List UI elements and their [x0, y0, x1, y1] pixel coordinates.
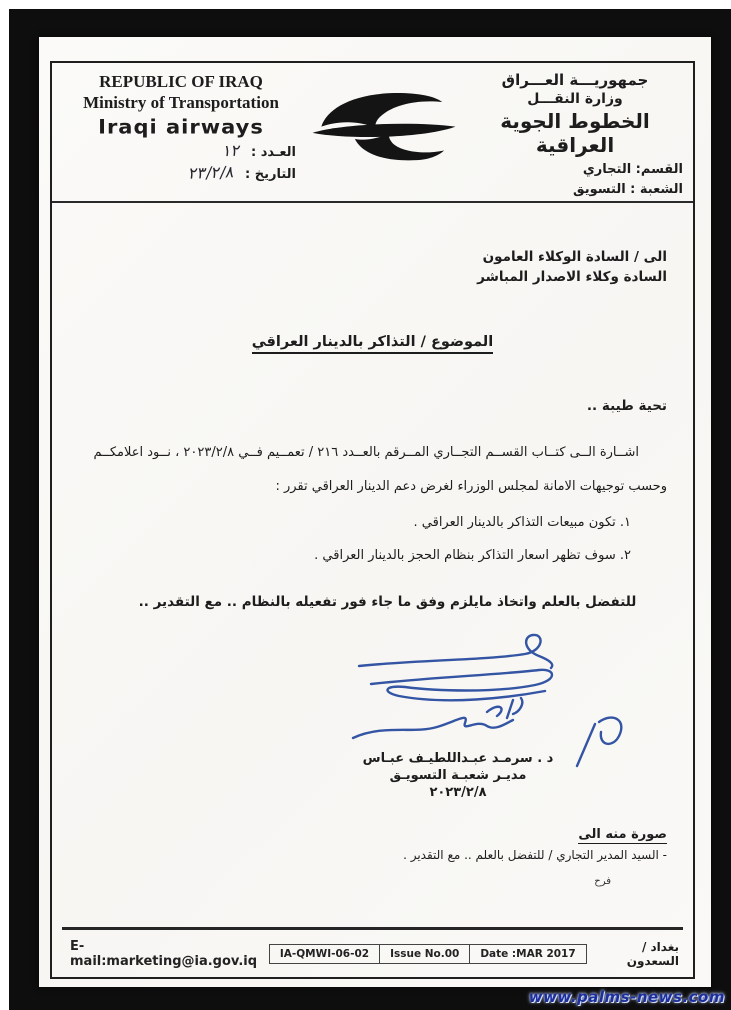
photo-dark-border: جمهوريـــة العـــراق وزارة النقـــل الخط… [9, 9, 731, 1010]
site-watermark: www.palms-news.com [529, 988, 725, 1006]
republic-of-iraq-arabic: جمهوريـــة العـــراق [467, 71, 683, 89]
cc-line: - السيد المدير التجاري / للتفضل بالعلم .… [78, 848, 667, 862]
cc-heading: صورة منه الى [578, 827, 667, 844]
letterhead-arabic: جمهوريـــة العـــراق وزارة النقـــل الخط… [467, 71, 683, 197]
signer-title: مديـر شعبـة التسويـق [353, 767, 563, 784]
ref-number-handwritten: ١٢ [216, 140, 248, 161]
cc-block: صورة منه الى - السيد المدير التجاري / لل… [78, 827, 667, 862]
recipients-block: الى / السادة الوكلاء العامون السادة وكلا… [78, 247, 667, 287]
ministry-of-transport-english: Ministry of Transportation [62, 92, 300, 113]
body-paragraph-line-1: اشــارة الــى كتــاب القســم التجــاري ا… [78, 436, 667, 470]
body-paragraph-line-2: وحسب توجيهات الامانة لمجلس الوزراء لغرض … [275, 479, 667, 494]
decisions-list: ١. تكون مبيعات التذاكر بالدينار العراقي … [78, 506, 667, 572]
logo-container [300, 71, 467, 197]
signer-date: ٢٠٢٣/٢/٨ [353, 784, 563, 801]
ref-date-handwritten: ٢٣/٢/٨ [182, 162, 242, 184]
recipient-line-1: الى / السادة الوكلاء العامون [78, 247, 667, 267]
letterhead: جمهوريـــة العـــراق وزارة النقـــل الخط… [52, 63, 693, 203]
recipient-line-2: السادة وكلاء الاصدار المباشر [78, 267, 667, 287]
iraqi-airways-arabic-logotype: الخطوط الجوية العراقية [467, 109, 683, 157]
qm-code-cell: IA-QMWI-06-02 [270, 945, 379, 963]
list-item-1: ١. تكون مبيعات التذاكر بالدينار العراقي … [78, 506, 631, 539]
issue-date-cell: Date :MAR 2017 [469, 945, 585, 963]
footer-strip: E-mail:marketing@ia.gov.iq IA-QMWI-06-02… [52, 921, 693, 977]
ref-date-line: التاريخ : ٢٣/٢/٨ [62, 163, 296, 185]
letter-page: جمهوريـــة العـــراق وزارة النقـــل الخط… [39, 37, 711, 987]
section-commercial-label: القسم: التجاري [467, 162, 683, 177]
email-address: E-mail:marketing@ia.gov.iq [70, 939, 269, 969]
ref-number-label: العـدد : [251, 145, 296, 160]
scanned-letter-screenshot: جمهوريـــة العـــراق وزارة النقـــل الخط… [0, 0, 731, 1010]
republic-of-iraq-english: REPUBLIC OF IRAQ [62, 71, 300, 92]
letterhead-english: REPUBLIC OF IRAQ Ministry of Transportat… [62, 71, 300, 197]
closing-line: للتفضل بالعلم واتخاذ مايلزم وفق ما جاء ف… [78, 594, 667, 610]
handwritten-signature [337, 620, 667, 768]
ref-date-label: التاريخ : [245, 167, 296, 182]
subject-line: الموضوع / التذاكر بالدينار العراقي [252, 334, 493, 354]
reference-block: العـدد : ١٢ التاريخ : ٢٣/٢/٨ [62, 141, 300, 185]
ministry-of-transport-arabic: وزارة النقـــل [467, 91, 683, 107]
letter-body: الى / السادة الوكلاء العامون السادة وكلا… [52, 203, 693, 887]
issue-number-cell: Issue No.00 [379, 945, 469, 963]
division-marketing-label: الشعبة : التسويق [467, 182, 683, 197]
quality-doc-table: IA-QMWI-06-02 Issue No.00 Date :MAR 2017 [269, 944, 587, 964]
iraqi-airways-english-logotype: Iraqi airways [62, 115, 300, 137]
letter-border-frame: جمهوريـــة العـــراق وزارة النقـــل الخط… [50, 61, 695, 979]
iraqi-airways-bird-icon [309, 83, 459, 169]
typist-initials: فرح [78, 876, 611, 887]
signature-block: د . سرمـد عبـداللطيـف عبـاس مديـر شعبـة … [337, 620, 667, 801]
signer-name: د . سرمـد عبـداللطيـف عبـاس [353, 750, 563, 767]
subject-row: الموضوع / التذاكر بالدينار العراقي [78, 331, 667, 354]
ref-number-line: العـدد : ١٢ [62, 141, 296, 163]
signer-identity: د . سرمـد عبـداللطيـف عبـاس مديـر شعبـة … [353, 750, 563, 801]
list-item-2: ٢. سوف تظهر اسعار التذاكر بنظام الحجز با… [78, 539, 631, 572]
body-paragraph: اشــارة الــى كتــاب القســم التجــاري ا… [78, 436, 667, 504]
footer-row: E-mail:marketing@ia.gov.iq IA-QMWI-06-02… [52, 930, 693, 977]
city-address: بغداد / السعدون [587, 940, 679, 968]
salutation: تحية طيبة .. [78, 398, 667, 414]
